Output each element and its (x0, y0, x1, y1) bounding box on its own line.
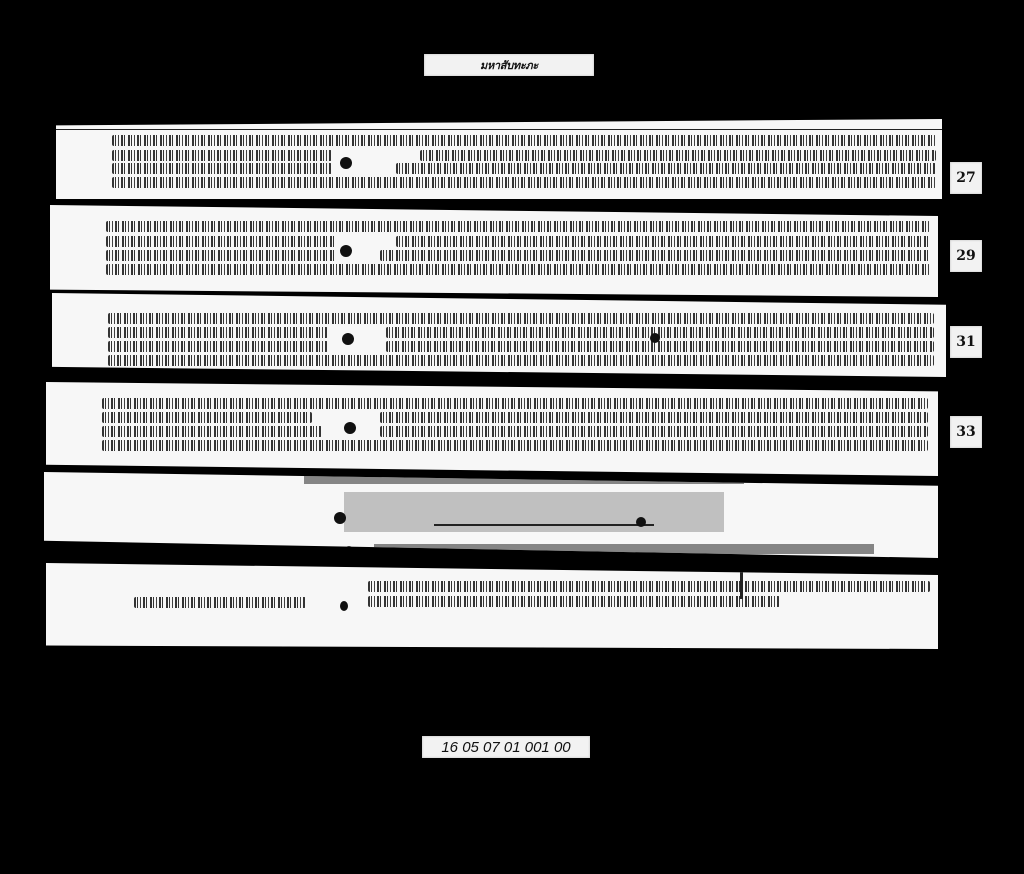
script-line (386, 341, 934, 352)
script-line (420, 150, 936, 161)
script-line: [Shan script — line 2, illegible] (106, 236, 336, 247)
binding-hole (344, 546, 354, 556)
script-line: [Shan script — line 1, illegible] (102, 398, 928, 409)
binding-hole (340, 601, 348, 611)
water-damage (344, 492, 724, 532)
script-line (380, 426, 928, 437)
binding-hole (340, 245, 352, 257)
script-line: [Shan script — line 3, illegible] (102, 426, 322, 437)
script-line: [Shan script — line 3, illegible] (108, 341, 328, 352)
palm-leaf-1: [Shan script — line 1, illegible] [Shan … (56, 119, 942, 199)
mark (740, 569, 743, 599)
binding-hole (340, 157, 352, 169)
script-line (386, 327, 934, 338)
script-line: [Shan script — line 4, illegible] (112, 177, 936, 188)
binding-hole (342, 333, 354, 345)
script-line: [Shan script — line 3, illegible] (112, 163, 332, 174)
palm-leaf-2: [Shan script — line 1, illegible] [Shan … (50, 205, 938, 297)
script-line (396, 236, 930, 247)
script-line: [Shan script — colophon left, illegible] (134, 597, 306, 608)
script-line: [Shan script — line 3, illegible] (106, 250, 336, 261)
title-label: มหาสับทะภะ (424, 54, 594, 76)
palm-leaf-6-colophon: [Shan script — colophon left, illegible]… (46, 563, 938, 649)
script-line: [Shan script — colophon line 2, illegibl… (368, 596, 780, 607)
palm-leaf-5-blank (44, 472, 938, 558)
script-line: [Shan script — line 4, illegible] (108, 355, 934, 366)
script-line (396, 163, 936, 174)
binding-hole (344, 422, 356, 434)
reel-number: 16 05 07 01 001 00 (422, 736, 590, 758)
palm-leaf-4: [Shan script — line 1, illegible] [Shan … (46, 382, 938, 476)
script-line: [Shan script — line 1, illegible] (106, 221, 930, 232)
script-line (380, 250, 930, 261)
page-number-33: 33 (950, 416, 982, 448)
palm-leaf-3: [Shan script — line 1, illegible] [Shan … (52, 293, 946, 377)
script-line: [Shan script — line 4, illegible] (106, 264, 930, 275)
script-line: [Shan script — colophon line 1, illegibl… (368, 581, 930, 592)
script-line (380, 412, 928, 423)
script-line: [Shan script — line 4, illegible] (102, 440, 928, 451)
water-damage (304, 474, 744, 484)
water-damage (374, 544, 874, 554)
binding-hole (650, 333, 660, 343)
script-line: [Shan script — line 2, illegible] (108, 327, 328, 338)
binding-hole (334, 512, 346, 524)
script-line: [Shan script — line 1, illegible] (108, 313, 934, 324)
page-number-27: 27 (950, 162, 982, 194)
leaf-rule (56, 129, 942, 130)
script-line: [Shan script — line 1, illegible] (112, 135, 936, 146)
binding-hole (636, 517, 646, 527)
scratch-line (434, 524, 654, 526)
page-number-31: 31 (950, 326, 982, 358)
script-line: [Shan script — line 2, illegible] (112, 150, 332, 161)
page-number-29: 29 (950, 240, 982, 272)
script-line: [Shan script — line 2, illegible] (102, 412, 312, 423)
